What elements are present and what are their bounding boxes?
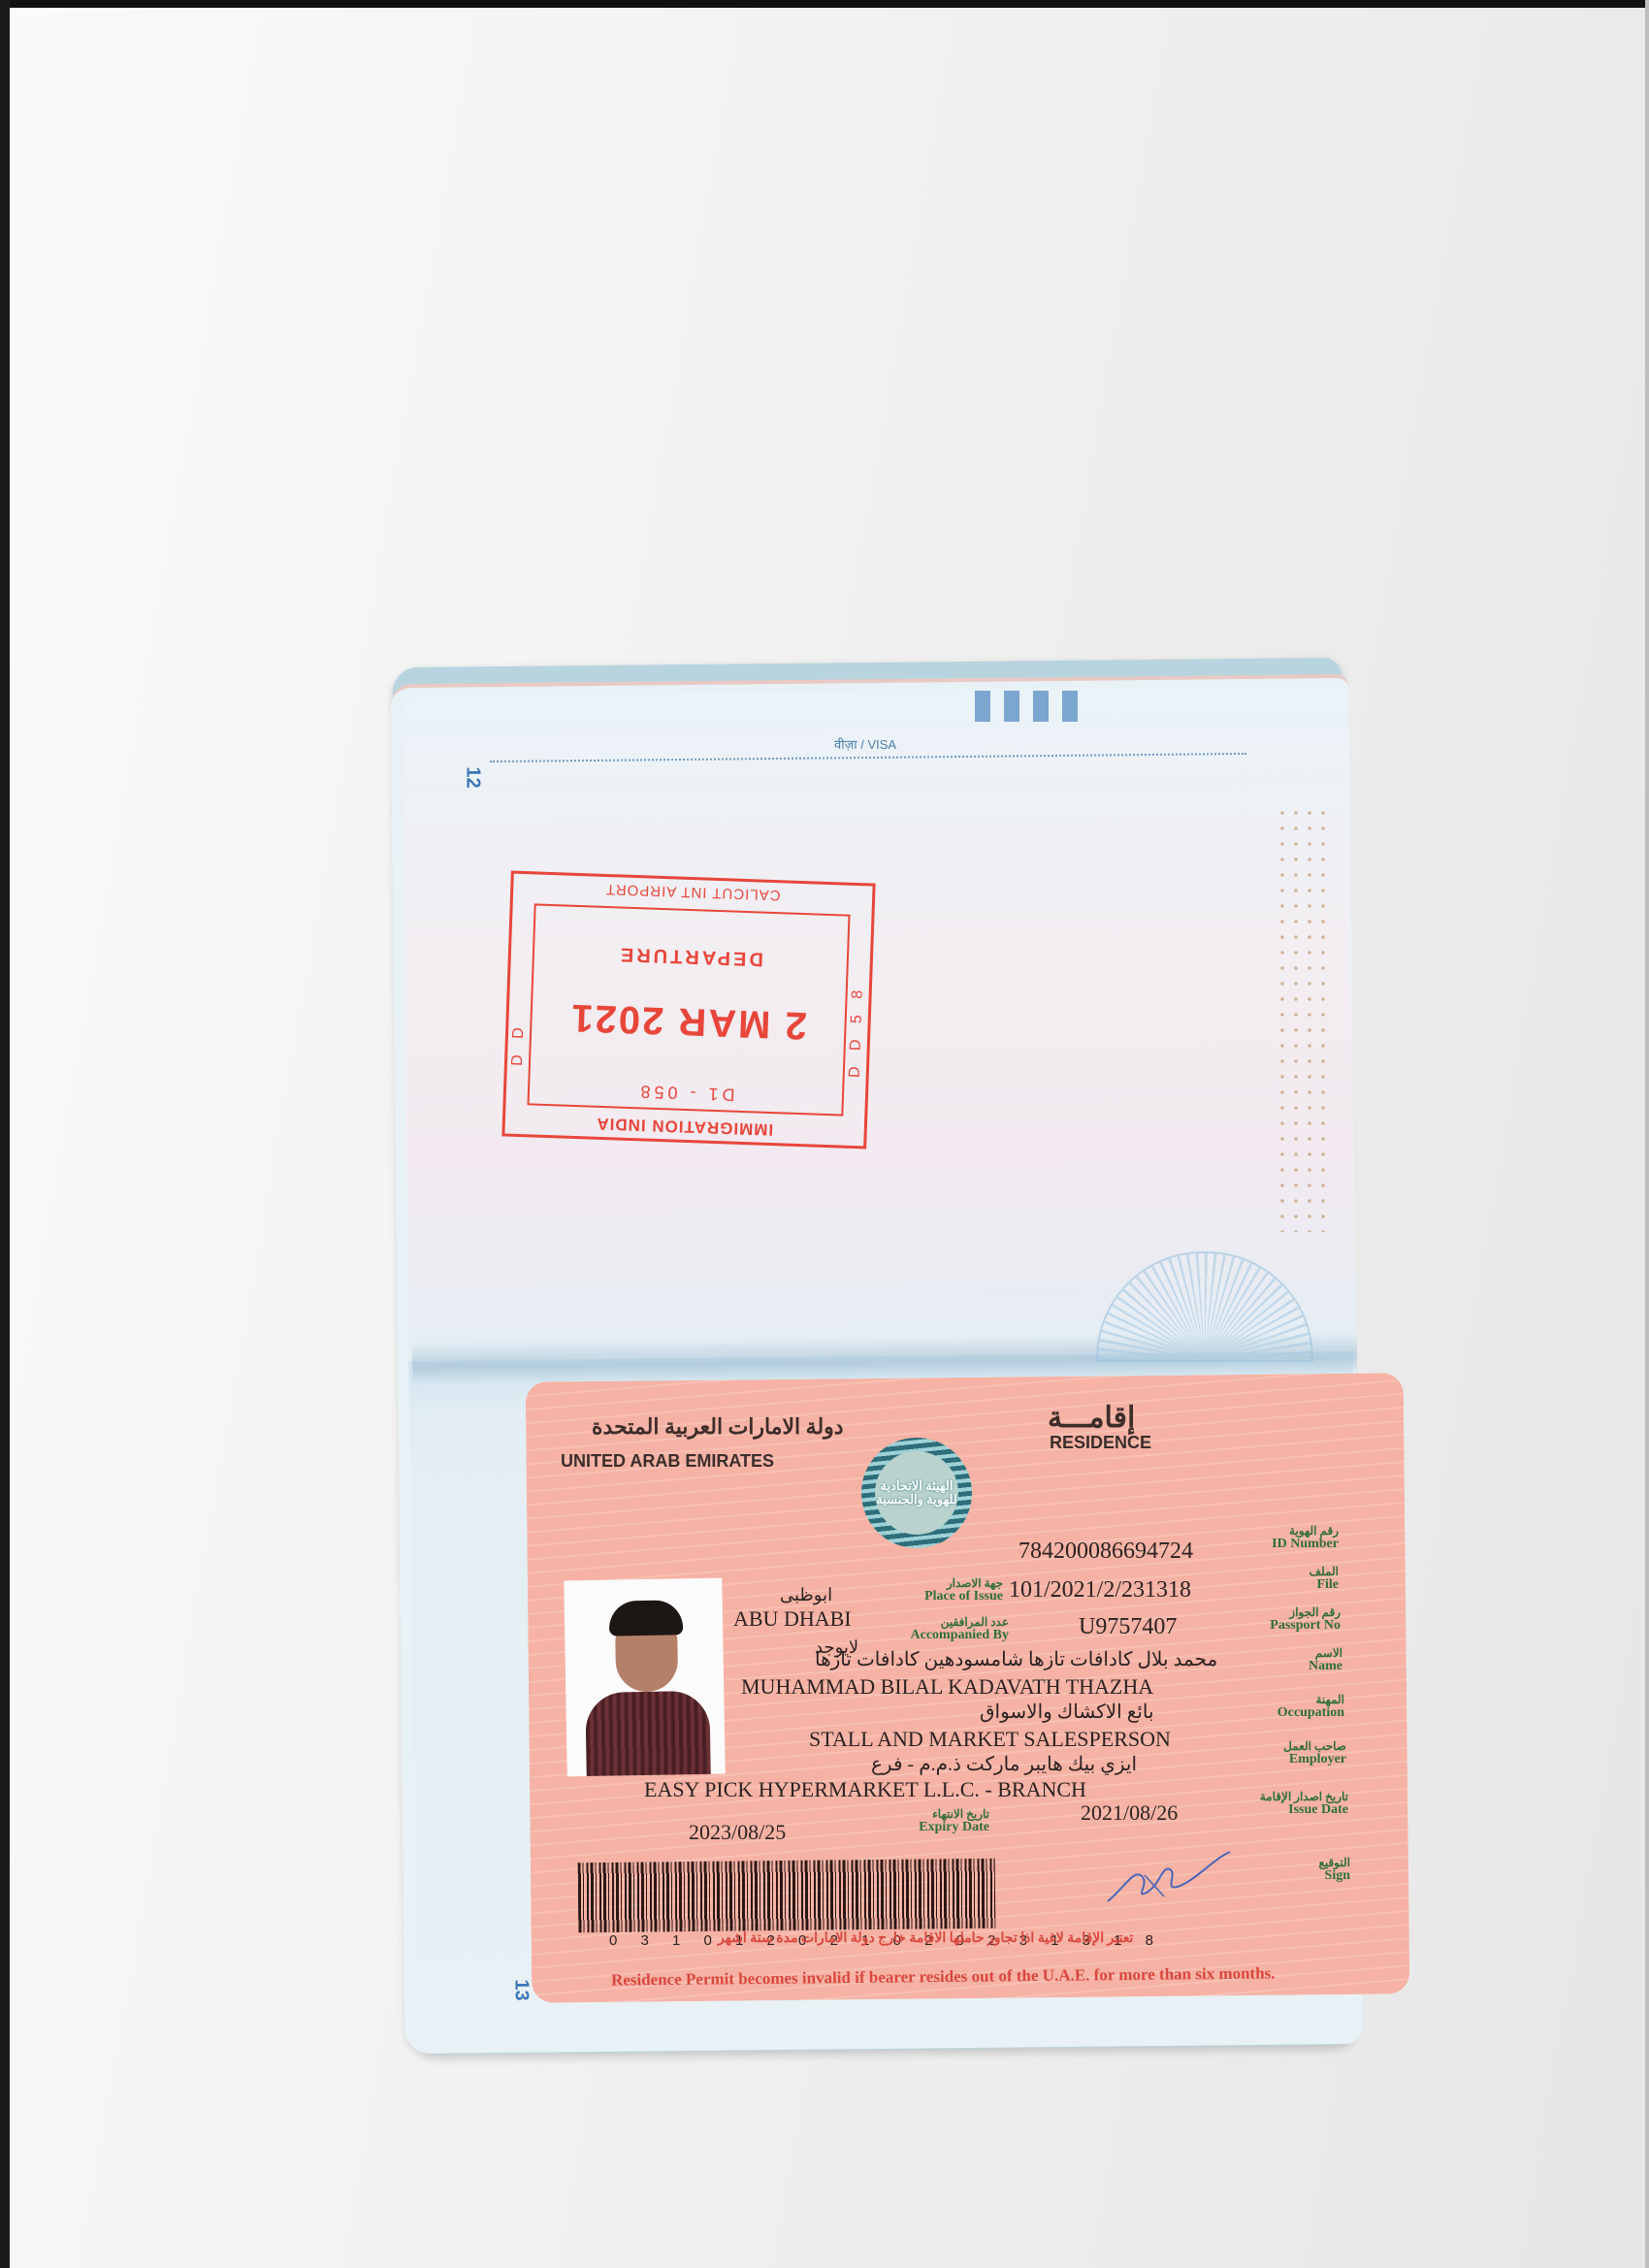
label-passport-no: رقم الجواز Passport No (1193, 1606, 1341, 1633)
holder-photo (564, 1578, 726, 1777)
visa-page-header: वीज़ा / VISA (834, 735, 896, 753)
value-employer-english: EASY PICK HYPERMARKET L.L.C. - BRANCH (644, 1777, 1086, 1802)
scanner-edge-right (1645, 0, 1649, 2268)
seal-text: الهيئة الاتحادية للهوية والجنسية (875, 1451, 958, 1535)
value-place-of-issue-arabic: ابوظبى (780, 1585, 832, 1605)
label-expiry-date: تاريخ الانتهاء Expiry Date (873, 1808, 989, 1834)
photo-hair (609, 1600, 684, 1636)
country-name-arabic: دولة الامارات العربية المتحدة (592, 1414, 844, 1440)
value-occupation-english: STALL AND MARKET SALESPERSON (809, 1727, 1171, 1752)
warning-arabic: تعتبر الإقامة لاغية اذا تجاوز حاملها الا… (718, 1930, 1133, 1947)
page-number-13: 13 (510, 1979, 533, 2000)
stamp-port: CALICUT INT AIRPORT (513, 878, 872, 907)
label-file: الملف File (1193, 1566, 1339, 1592)
photo-shirt (585, 1691, 710, 1776)
permit-title-english: RESIDENCE (1050, 1433, 1151, 1453)
label-occupation: المهنة Occupation (1193, 1694, 1344, 1720)
permit-title-arabic: إقامـــة (1048, 1401, 1135, 1435)
value-expiry-date: 2023/08/25 (689, 1820, 786, 1845)
immigration-stamp: IMMIGRATION INDIA D1 - 058 2 MAR 2021 DE… (501, 871, 875, 1150)
barcode (578, 1859, 996, 1932)
stamp-side-code-right: D D (509, 1021, 529, 1066)
page-number-12: 12 (462, 766, 484, 788)
value-place-of-issue-english: ABU DHABI (733, 1606, 852, 1632)
signature-icon (1106, 1848, 1232, 1906)
perforated-passport-number (1276, 805, 1334, 1232)
value-file: 101/2021/2/231318 (1009, 1577, 1191, 1604)
label-accompanied-by: عدد المرافقين Accompanied By (863, 1616, 1009, 1642)
hologram-seal-icon: الهيئة الاتحادية للهوية والجنسية (861, 1438, 972, 1548)
value-passport-no: U9757407 (1079, 1614, 1177, 1640)
label-place-of-issue: جهة الاصدار Place of Issue (873, 1577, 1003, 1604)
label-employer: صاحب العمل Employer (1193, 1740, 1346, 1766)
label-id-number: رقم الهوية ID Number (1193, 1525, 1339, 1551)
page-tab-marks (975, 691, 1130, 726)
value-id-number: 784200086694724 (1018, 1539, 1193, 1565)
value-employer-arabic: ايزي بيك هايبر ماركت ذ.م.م - فرع (871, 1752, 1137, 1776)
value-issue-date: 2021/08/26 (1081, 1800, 1178, 1826)
stamp-side-code-left: D D 5 8 (847, 985, 867, 1079)
value-name-english: MUHAMMAD BILAL KADAVATH THAZHA (741, 1674, 1153, 1700)
value-accompanied-by: لايوجد (815, 1637, 858, 1658)
value-name-arabic: محمد بلال كادافات تازها شامسودهين كادافا… (815, 1647, 1217, 1671)
scanner-edge-top (0, 0, 1649, 8)
scanner-edge-left (0, 0, 10, 2268)
country-name-english: UNITED ARAB EMIRATES (561, 1451, 774, 1472)
value-occupation-arabic: بائع الاكشاك والاسواق (980, 1700, 1154, 1724)
label-issue-date: تاريخ اصدار الإقامة Issue Date (1193, 1791, 1348, 1817)
